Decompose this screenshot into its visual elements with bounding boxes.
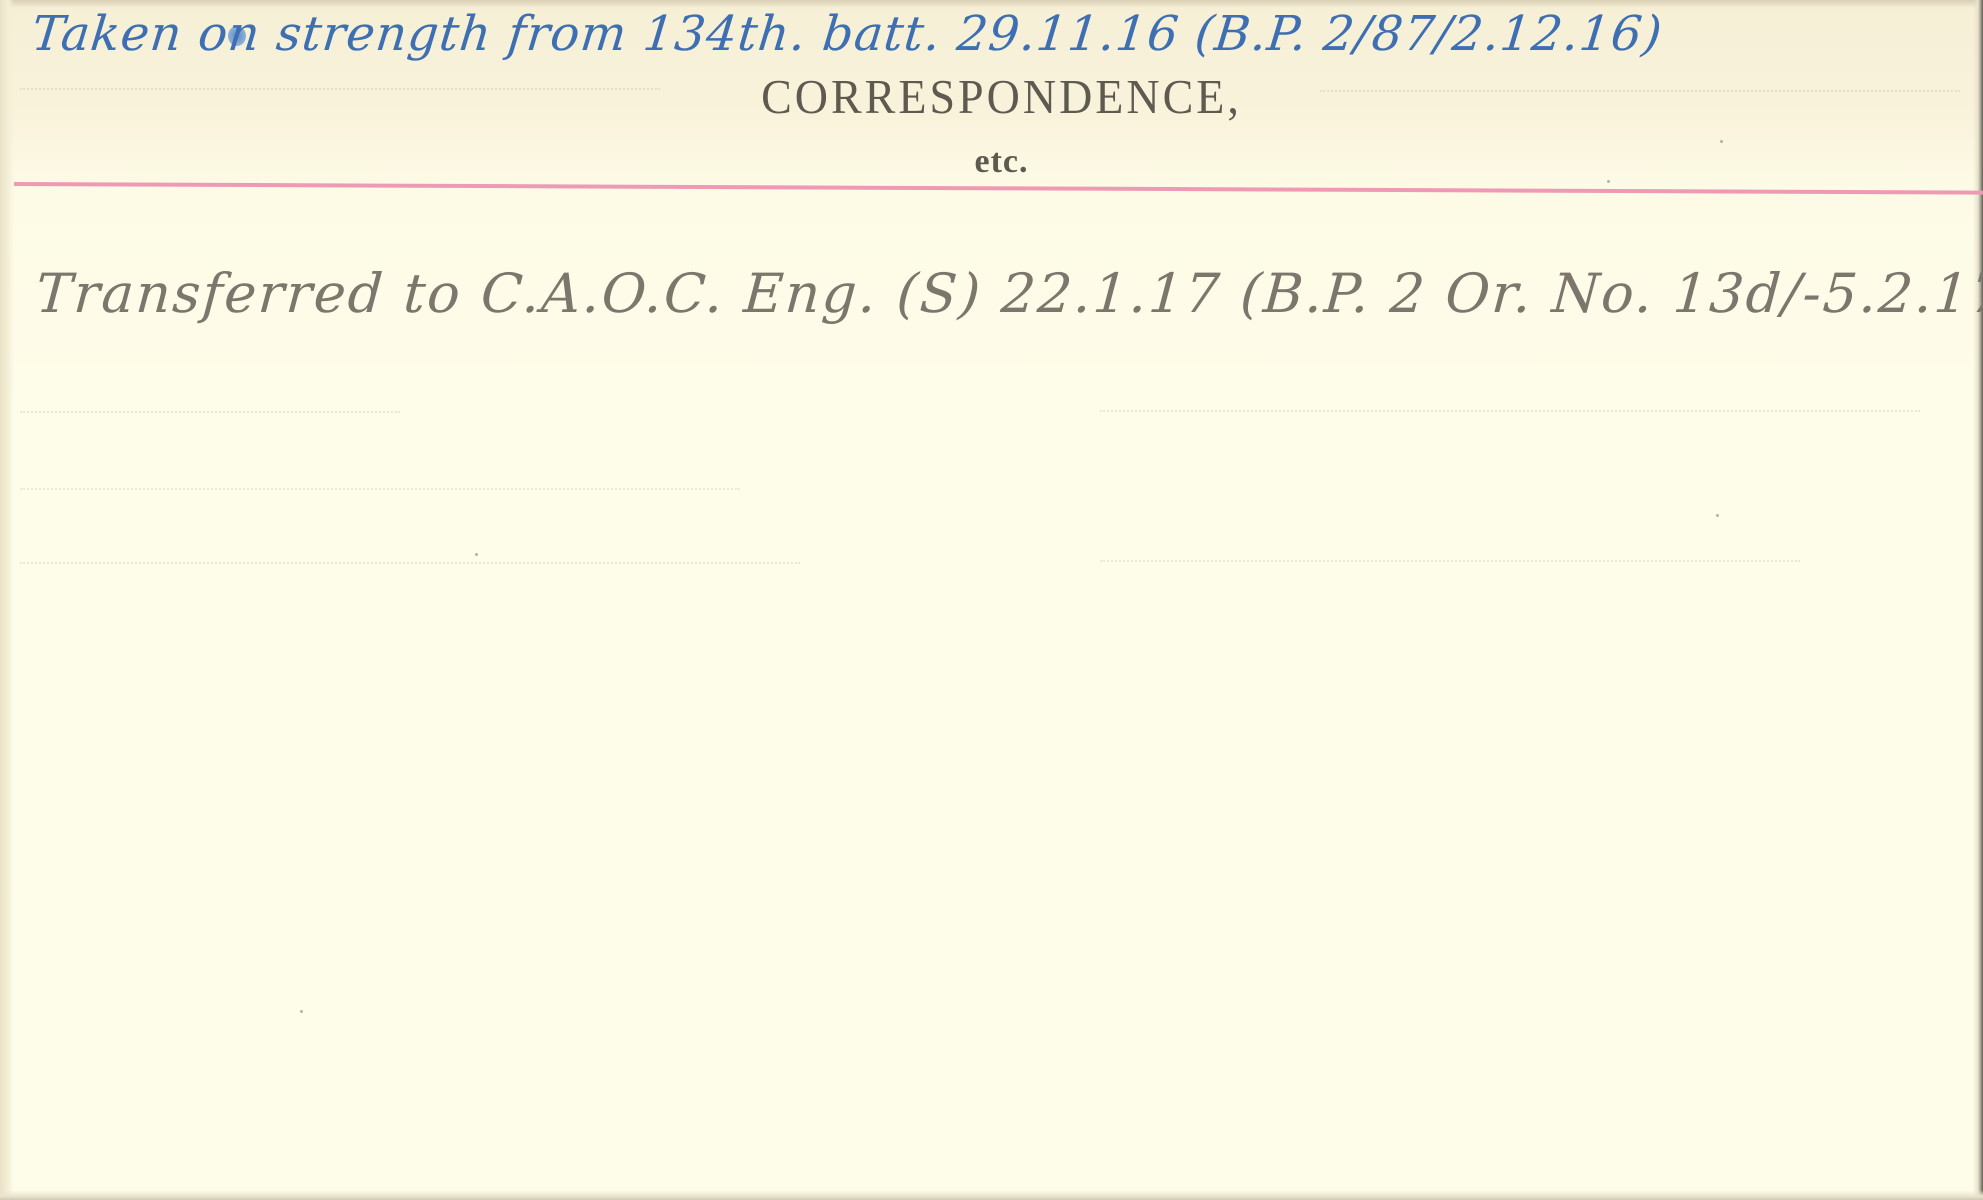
faint-guide-line bbox=[20, 562, 800, 564]
paper-speck bbox=[300, 1010, 303, 1013]
card-bottom-edge bbox=[0, 1190, 1983, 1200]
header-rule bbox=[14, 182, 1983, 195]
faint-guide-line bbox=[20, 488, 740, 490]
index-card: CORRESPONDENCE, etc. Taken on strength f… bbox=[0, 0, 1983, 1200]
card-heading: CORRESPONDENCE, bbox=[0, 69, 1983, 125]
handwritten-entry-taken-on-strength: Taken on strength from 134th. batt. 29.1… bbox=[29, 6, 1665, 62]
paper-speck bbox=[1716, 514, 1719, 517]
paper-speck bbox=[1720, 140, 1723, 143]
faint-guide-line bbox=[1100, 410, 1920, 412]
faint-guide-line bbox=[1100, 560, 1800, 562]
faint-guide-line bbox=[20, 411, 400, 413]
handwritten-entry-transferred: Transferred to C.A.O.C. Eng. (S) 22.1.17… bbox=[34, 262, 1983, 325]
paper-speck bbox=[475, 553, 478, 556]
card-subheading: etc. bbox=[0, 143, 1983, 181]
paper-speck bbox=[1607, 180, 1610, 183]
